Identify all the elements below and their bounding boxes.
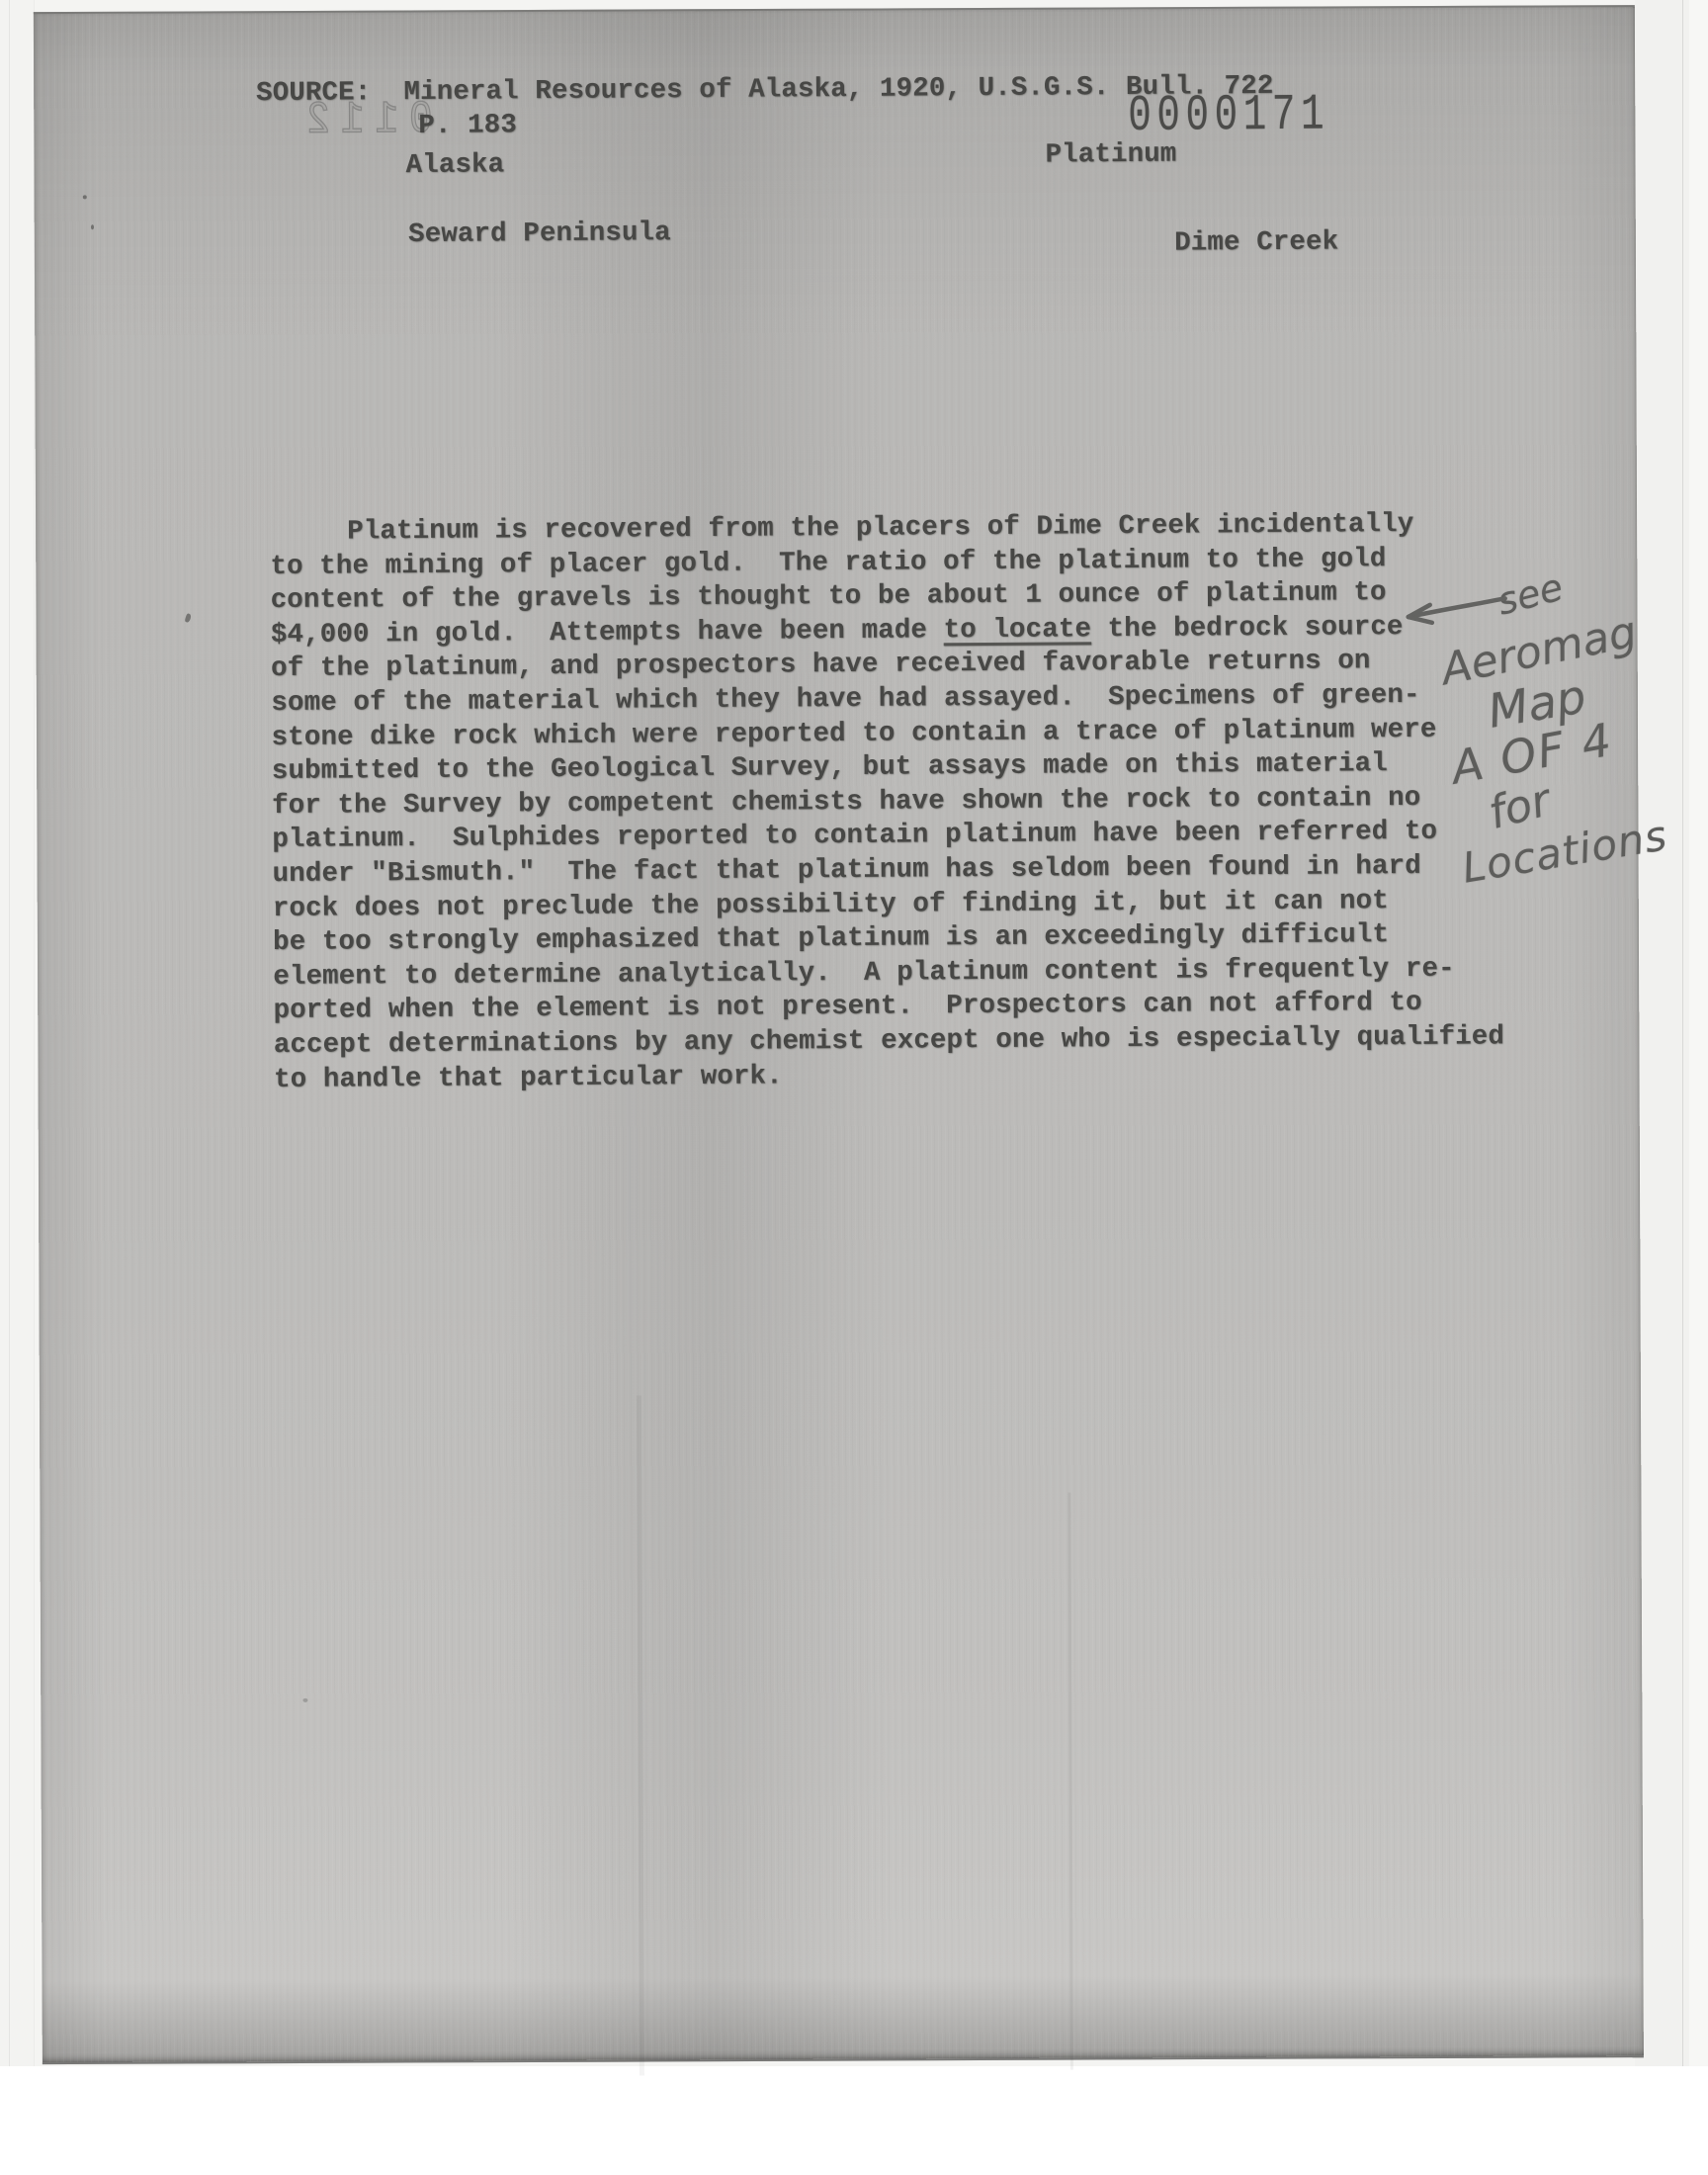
paper-speck xyxy=(91,224,94,229)
bleed-through-stamp: 0112 xyxy=(296,94,432,146)
commodity-label: Platinum xyxy=(1045,138,1176,174)
page-reference: P. 183 xyxy=(418,109,517,143)
document-number-stamp: 0000171 xyxy=(1128,86,1329,145)
typed-paragraph: Platinum is recovered from the placers o… xyxy=(270,507,1504,1097)
scanned-document-page: SOURCE: Mineral Resources of Alaska, 192… xyxy=(0,0,1708,2175)
district-label: Seward Peninsula xyxy=(408,217,671,252)
paper-speck xyxy=(83,195,87,199)
paper-speck xyxy=(185,613,192,623)
annotation-arrow-icon xyxy=(1395,590,1511,637)
locality-label: Dime Creek xyxy=(1174,225,1338,261)
page-content: SOURCE: Mineral Resources of Alaska, 192… xyxy=(0,0,1708,2175)
underlined-phrase: to locate xyxy=(943,614,1091,646)
paper-speck xyxy=(302,1698,307,1702)
region-label: Alaska xyxy=(405,148,504,183)
